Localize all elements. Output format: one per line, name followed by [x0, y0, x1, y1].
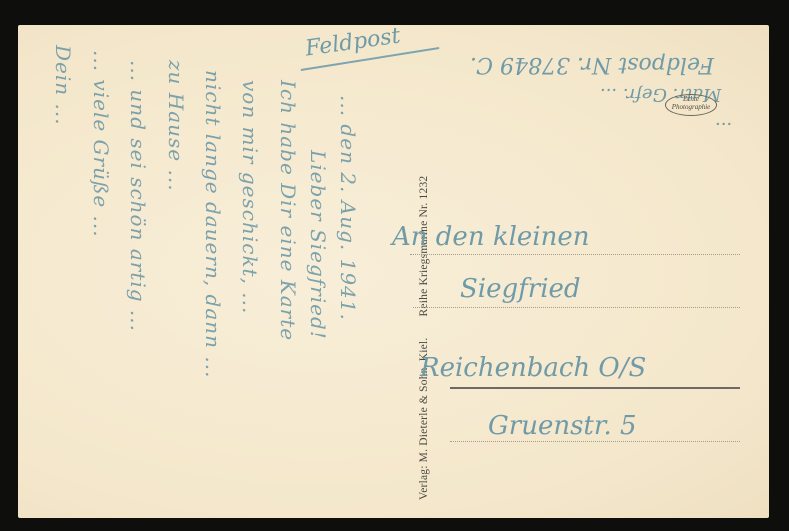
address-recipient-title: An den kleinen — [392, 222, 589, 252]
message-line: Dein ... — [51, 45, 75, 126]
message-line: nicht lange dauern, dann ... — [201, 70, 225, 378]
address-city: Reichenbach O/S — [420, 353, 646, 383]
logo-line1: Echte — [666, 95, 716, 103]
sender-extra: ... — [715, 118, 732, 139]
message-line: ... viele Grüße ... — [89, 50, 113, 238]
message-line: Ich habe Dir eine Karte — [276, 80, 300, 341]
message-line: zu Hause ... — [164, 60, 188, 192]
message-line: ... und sei schön artig ... — [126, 60, 150, 332]
address-line-1 — [410, 254, 740, 255]
address-line-4 — [450, 441, 740, 442]
sender-feldpost-number: Feldpost Nr. 37849 C. — [470, 52, 714, 77]
message-line: von mir geschickt, ... — [238, 80, 262, 314]
logo-line2: Photographie — [666, 103, 716, 111]
address-line-2 — [413, 307, 740, 308]
address-street: Gruenstr. 5 — [488, 411, 637, 441]
photographie-logo: Echte Photographie — [665, 94, 717, 116]
address-recipient-name: Siegfried — [460, 274, 581, 304]
address-line-3 — [450, 387, 740, 389]
message-date: ... den 2. Aug. 1941. — [336, 95, 360, 321]
message-line: Lieber Siegfried! — [306, 150, 330, 340]
